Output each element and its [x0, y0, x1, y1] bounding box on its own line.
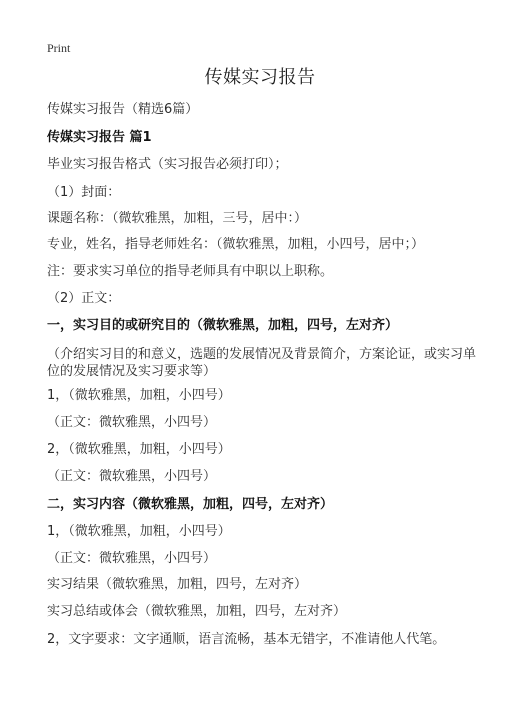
paragraph-body-1: （正文：微软雅黑，小四号） [47, 414, 216, 431]
paragraph-body-label: （2）正文： [47, 290, 120, 307]
paragraph-purpose-description: （介绍实习目的和意义，选题的发展情况及背景简介，方案论证，或实习单位的发展情况及… [47, 346, 479, 380]
paragraph-summary: 实习总结或体会（微软雅黑，加粗，四号，左对齐） [47, 603, 346, 620]
document-page: Print 传媒实习报告 传媒实习报告（精选6篇） 传媒实习报告 篇1 毕业实习… [0, 0, 520, 718]
print-label: Print [47, 41, 70, 55]
paragraph-item-2: 2，（微软雅黑，加粗，小四号） [47, 441, 231, 458]
heading-content: 二，实习内容（微软雅黑，加粗，四号，左对齐） [47, 496, 333, 513]
paragraph-major-name: 专业，姓名，指导老师姓名：（微软雅黑，加粗，小四号，居中；） [47, 236, 424, 253]
document-subtitle: 传媒实习报告（精选6篇） [47, 101, 198, 118]
paragraph-topic-name: 课题名称：（微软雅黑，加粗，三号，居中：） [47, 210, 307, 227]
paragraph-results: 实习结果（微软雅黑，加粗，四号，左对齐） [47, 576, 307, 593]
paragraph-content-item-1: 1，（微软雅黑，加粗，小四号） [47, 523, 231, 540]
paragraph-item-1: 1，（微软雅黑，加粗，小四号） [47, 387, 231, 404]
paragraph-note: 注：要求实习单位的指导老师具有中职以上职称。 [47, 263, 333, 280]
paragraph-text-requirements: 2，文字要求：文字通顺，语言流畅，基本无错字，不准请他人代笔。 [47, 631, 445, 648]
paragraph-content-body-1: （正文：微软雅黑，小四号） [47, 550, 216, 567]
document-title: 传媒实习报告 [0, 66, 520, 90]
heading-purpose: 一，实习目的或研究目的（微软雅黑，加粗，四号，左对齐） [47, 317, 398, 334]
section-heading: 传媒实习报告 篇1 [47, 129, 152, 146]
paragraph-body-2: （正文：微软雅黑，小四号） [47, 468, 216, 485]
paragraph-format-intro: 毕业实习报告格式（实习报告必须打印）； [47, 156, 288, 173]
paragraph-cover-label: （1）封面： [47, 184, 120, 201]
